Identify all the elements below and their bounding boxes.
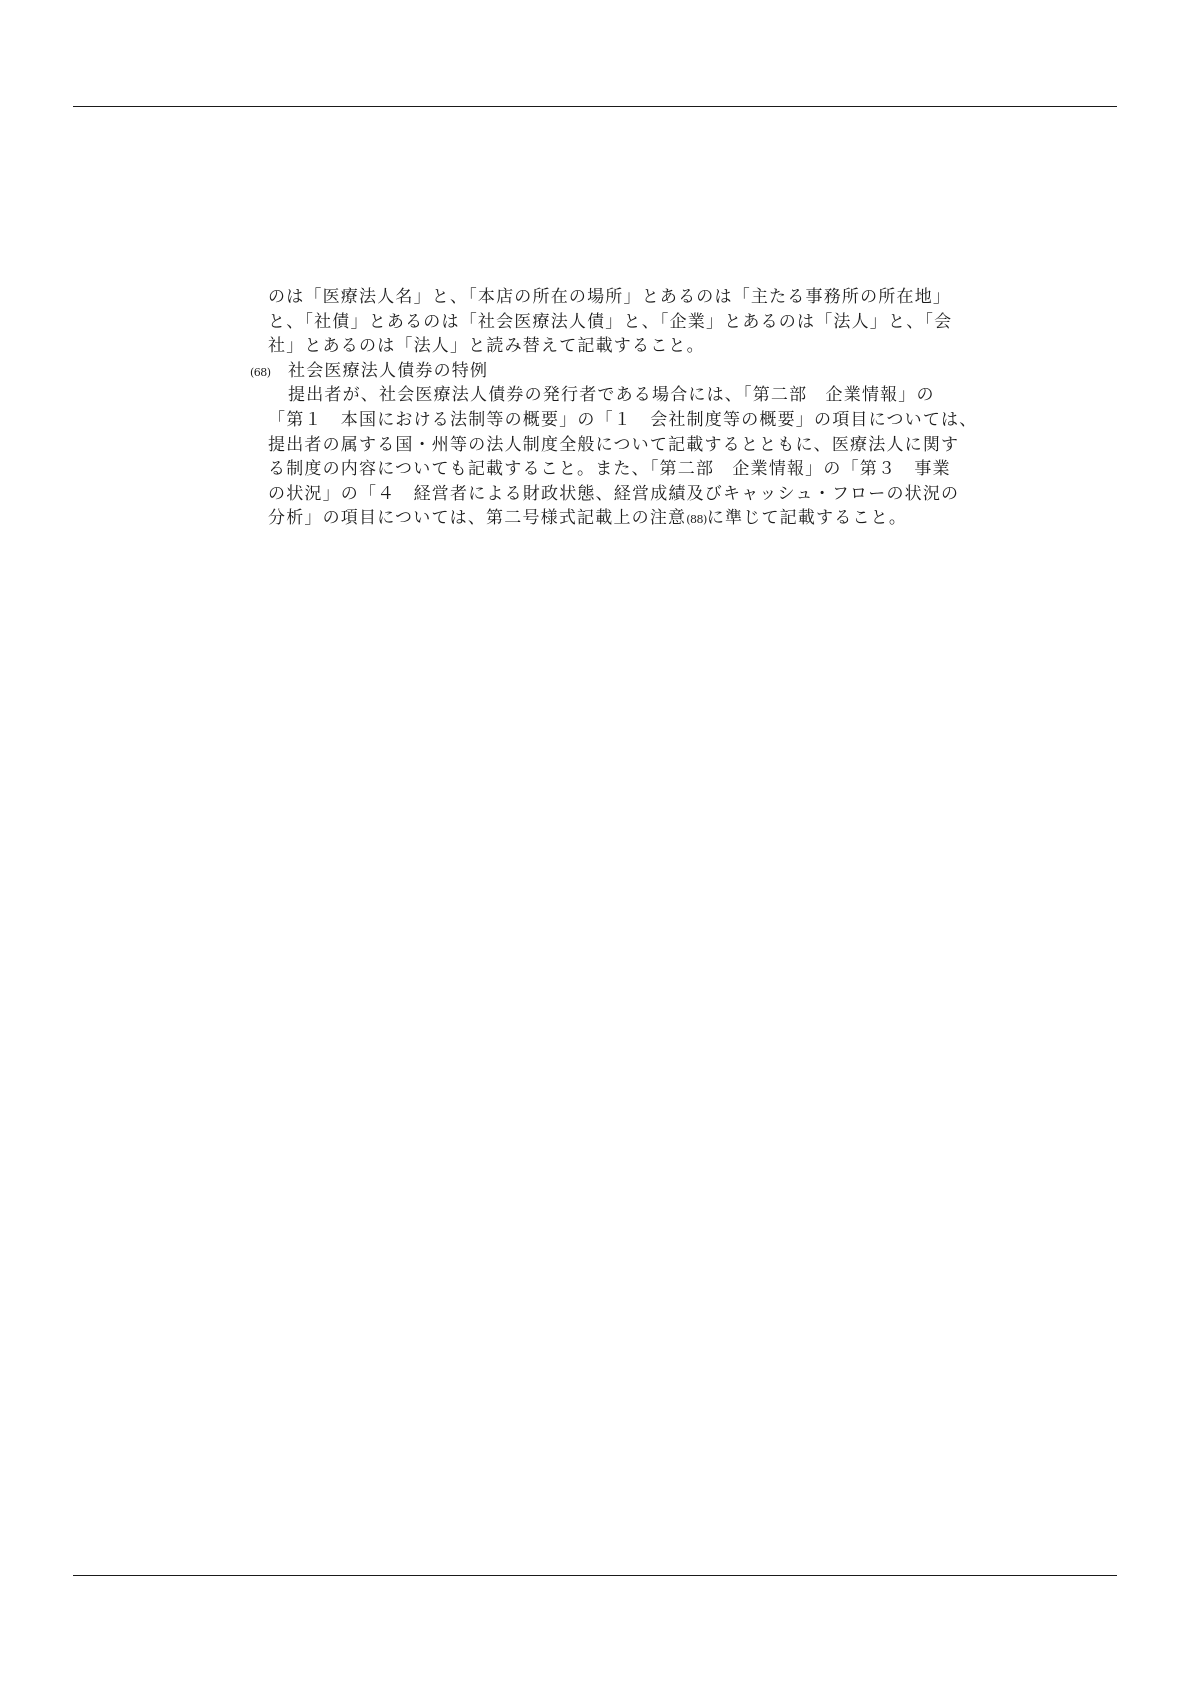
section-heading: (68) 社会医療法人債券の特例	[250, 359, 970, 384]
text-line: と、「社債」とあるのは「社会医療法人債」と、「企業」とあるのは「法人」と、「会	[250, 310, 970, 335]
text-line: る制度の内容についても記載すること。また、「第二部 企業情報」の「第３ 事業	[250, 457, 970, 482]
header-rule	[73, 106, 1117, 107]
section-number: (68)	[250, 361, 288, 386]
document-body: のは「医療法人名」と、「本店の所在の場所」とあるのは「主たる事務所の所在地」 と…	[250, 285, 970, 531]
text-line: 社」とあるのは「法人」と読み替えて記載すること。	[250, 334, 970, 359]
text-line-last: 分析」の項目については、第二号様式記載上の注意(88)に準じて記載すること。	[250, 506, 970, 531]
text-line: の状況」の「４ 経営者による財政状態、経営成績及びキャッシュ・フローの状況の	[250, 482, 970, 507]
footer-rule	[73, 1575, 1117, 1576]
text-line: 提出者が、社会医療法人債券の発行者である場合には、「第二部 企業情報」の	[250, 383, 970, 408]
text-line: のは「医療法人名」と、「本店の所在の場所」とあるのは「主たる事務所の所在地」	[250, 285, 970, 310]
text-segment: 分析」の項目については、第二号様式記載上の注意	[268, 508, 686, 528]
text-line: 「第１ 本国における法制等の概要」の「１ 会社制度等の概要」の項目については、	[250, 408, 970, 433]
note-reference: (88)	[686, 513, 707, 526]
text-segment: に準じて記載すること。	[707, 508, 907, 528]
text-line: 提出者の属する国・州等の法人制度全般について記載するとともに、医療法人に関す	[250, 433, 970, 458]
section-68: (68) 社会医療法人債券の特例 提出者が、社会医療法人債券の発行者である場合に…	[250, 359, 970, 531]
continuation-paragraph: のは「医療法人名」と、「本店の所在の場所」とあるのは「主たる事務所の所在地」 と…	[250, 285, 970, 359]
section-title: 社会医療法人債券の特例	[288, 359, 488, 384]
